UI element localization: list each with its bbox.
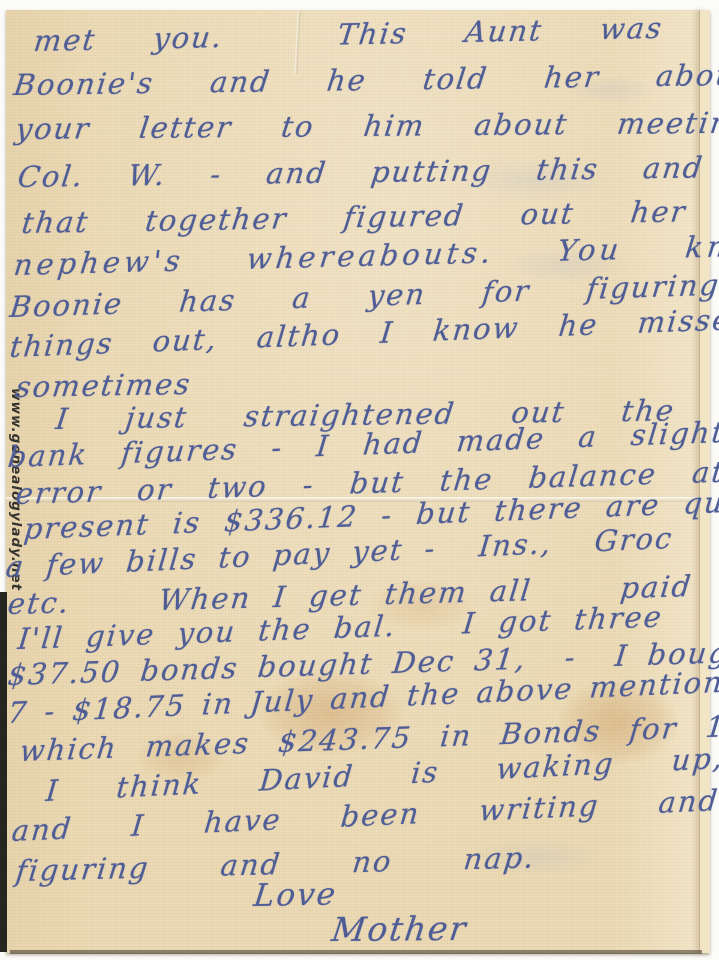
letter-paper: www.genealogylady.net met you. This Aunt…: [6, 10, 710, 953]
letter-line-3: your letter to him about meeting: [14, 106, 719, 146]
letter-signature: Mother: [329, 909, 470, 949]
letter-line-9: sometimes: [14, 367, 194, 404]
letter-line-1: met you. This Aunt was in: [32, 9, 719, 58]
scan-edge-shadow-left: [0, 592, 7, 952]
scanned-letter-page: www.genealogylady.net met you. This Aunt…: [0, 0, 719, 960]
letter-valediction: Love: [252, 877, 340, 915]
scan-edge-shadow-bottom: [10, 950, 702, 954]
